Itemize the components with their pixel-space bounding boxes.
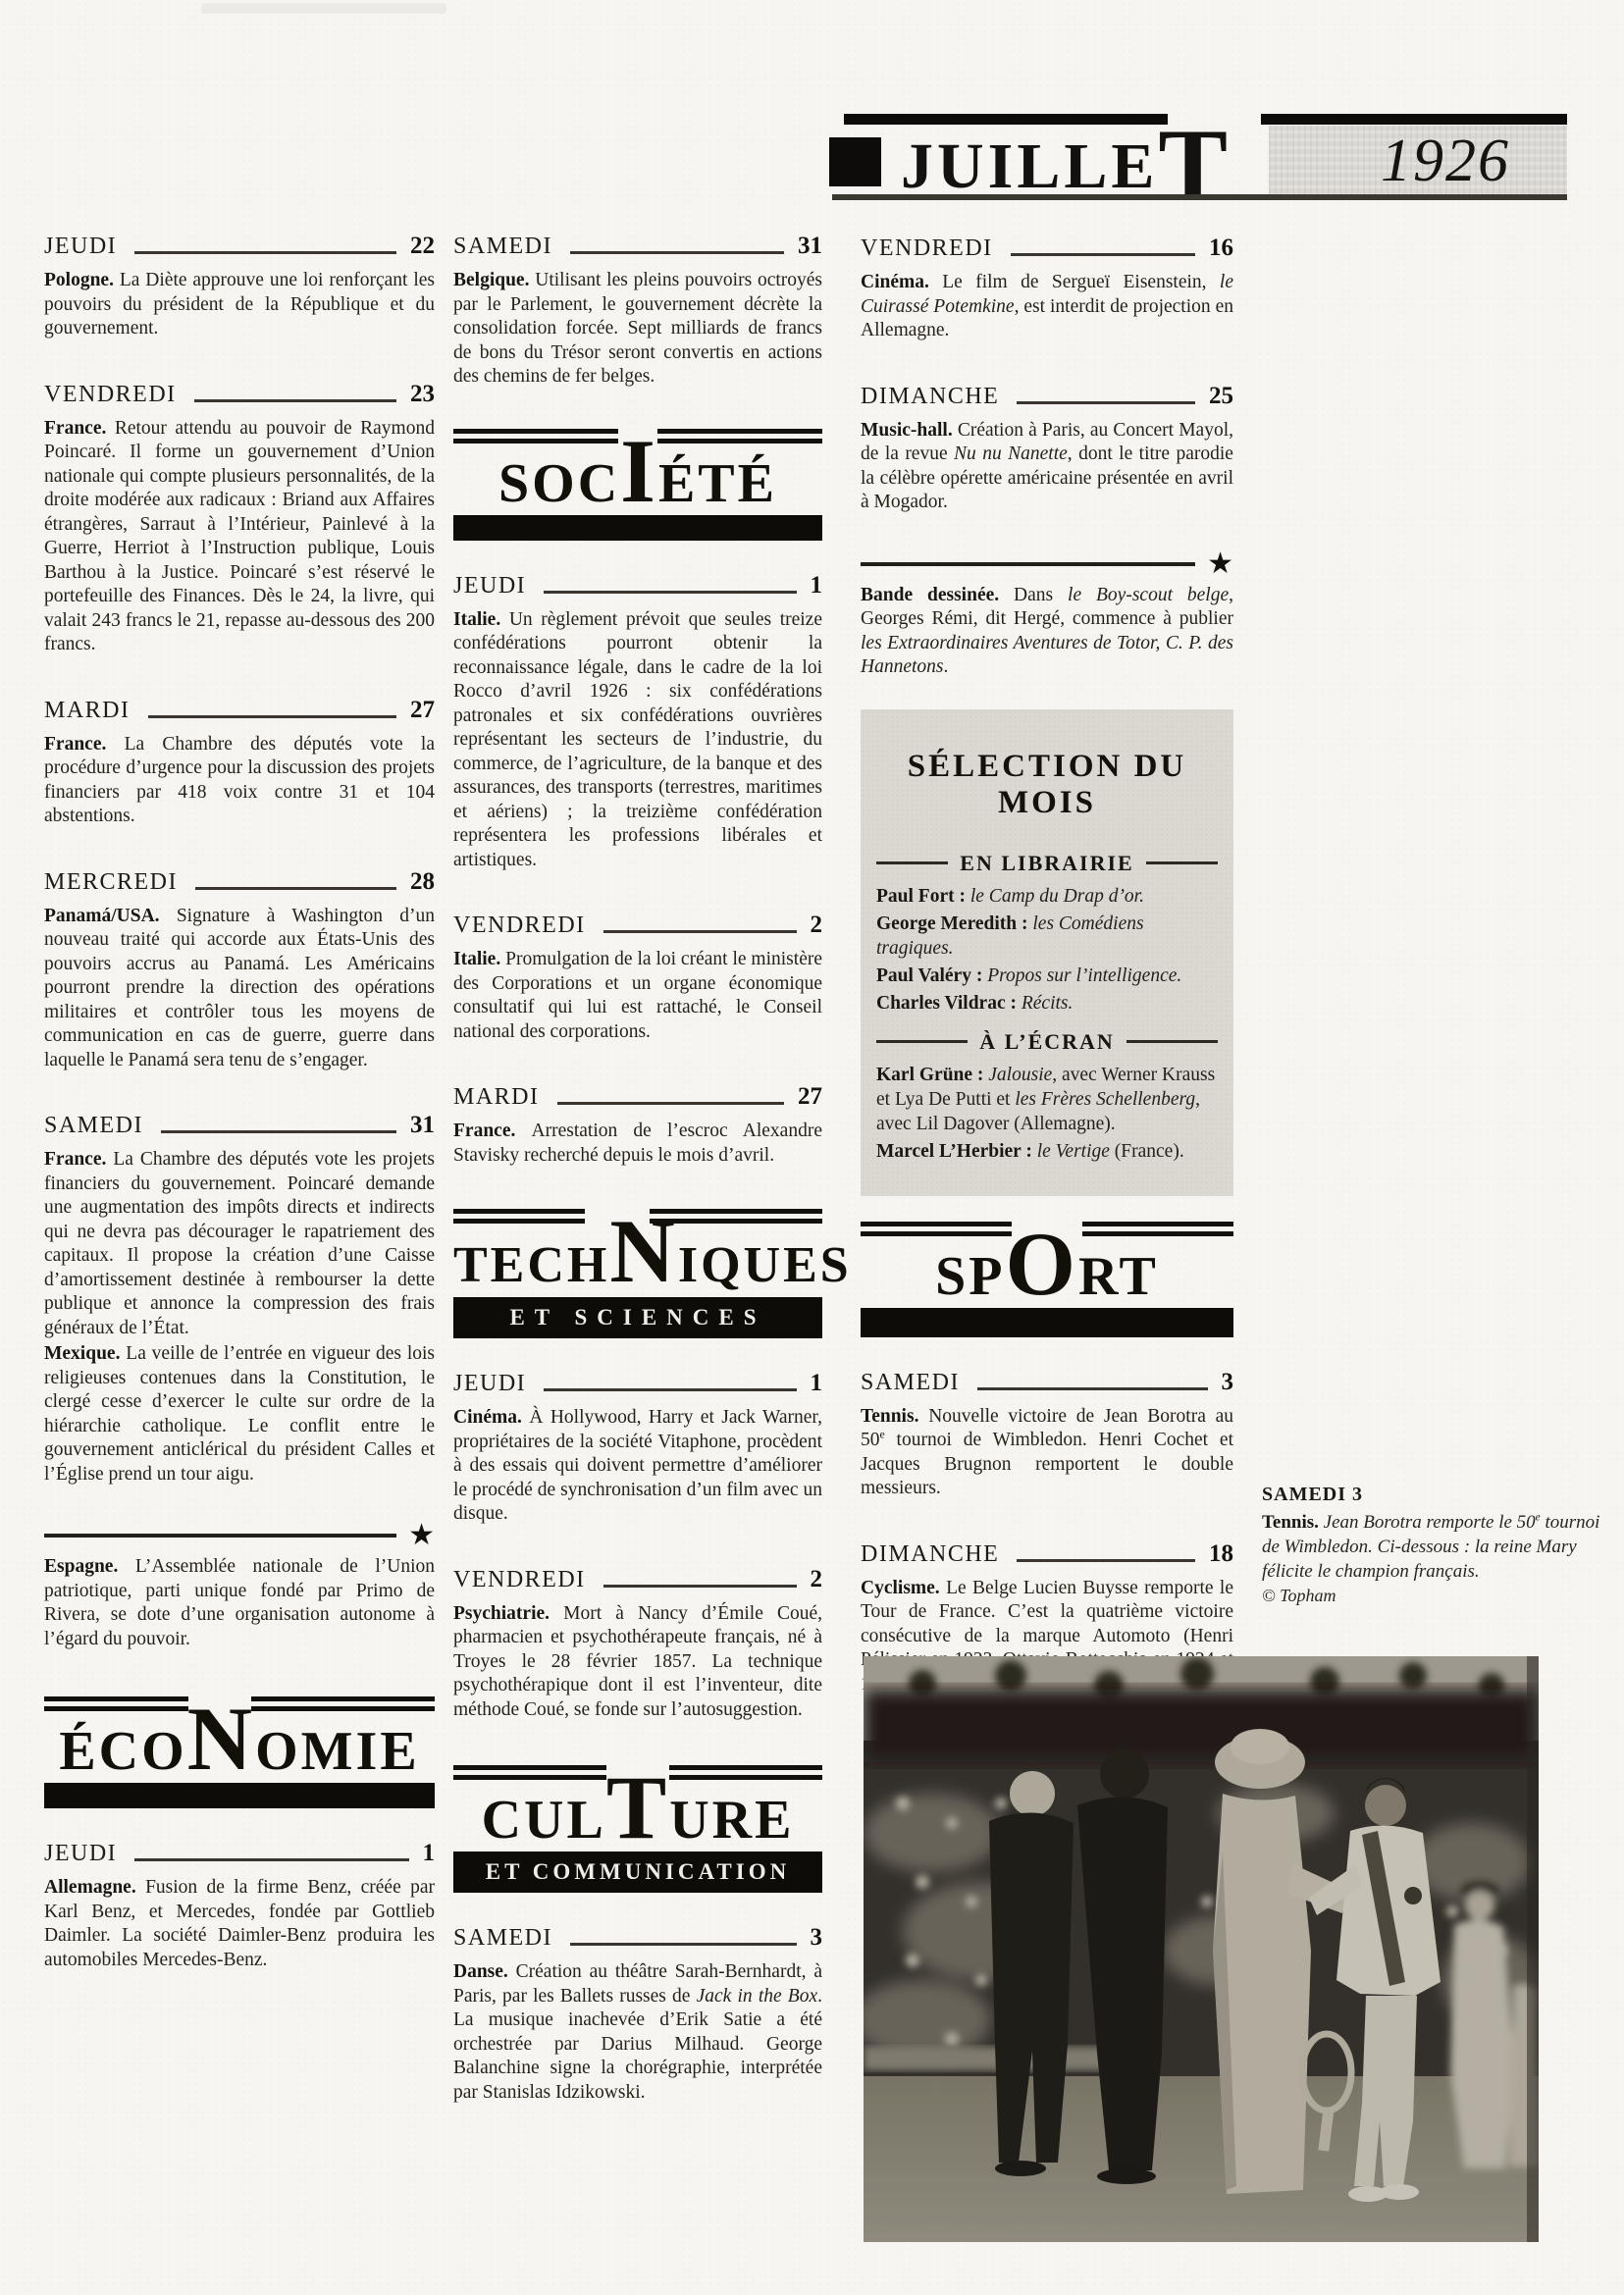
entry-mercredi-28: MERCREDI 28 Panamá/USA. Signature à Wash… xyxy=(44,868,435,1073)
text-run: Psychiatrie. xyxy=(453,1603,563,1624)
day-number: 27 xyxy=(798,1083,822,1111)
selection-item: Karl Grüne : Jalousie, avec Werner Kraus… xyxy=(876,1063,1218,1136)
date-rule xyxy=(148,715,396,718)
section-subtitle: ET COMMUNICATION xyxy=(486,1859,790,1885)
text-run: France. xyxy=(453,1121,532,1141)
double-rule xyxy=(453,1765,822,1780)
text-run: le Vertige xyxy=(1037,1141,1110,1162)
group-rule xyxy=(876,861,948,864)
text-run: Signature à Washington d’un nouveau trai… xyxy=(44,906,435,1070)
day-number: 31 xyxy=(798,233,822,260)
entry-paragraph: Mexique. La veille de l’entrée en vigueu… xyxy=(44,1342,435,1487)
entry-vendredi-23: VENDREDI 23 France. Retour attendu au po… xyxy=(44,381,435,657)
entry-dateline: DIMANCHE 25 xyxy=(861,383,1233,410)
text-run: les Extraordinaires Aventures de Totor, … xyxy=(861,633,1233,678)
date-rule xyxy=(544,1388,796,1391)
star-divider: ★ xyxy=(44,1526,435,1545)
entry-dateline: SAMEDI 31 xyxy=(453,233,822,260)
day-label: VENDREDI xyxy=(453,1567,586,1593)
text-run: La Chambre des députés vote les projets … xyxy=(44,1149,435,1338)
photo-caption: SAMEDI 3 Tennis. Jean Borotra remporte l… xyxy=(1262,1484,1600,1606)
text-run: Jack in the Box xyxy=(697,1986,818,2007)
selection-du-mois-panel: SÉLECTION DU MOIS EN LIBRAIRIE Paul Fort… xyxy=(861,709,1233,1196)
masthead-rule-right xyxy=(1261,114,1567,125)
text-run: George Meredith : xyxy=(876,913,1032,934)
day-label: VENDREDI xyxy=(44,382,177,408)
selection-item: Paul Valéry : Propos sur l’intelligence. xyxy=(876,964,1218,988)
day-number: 18 xyxy=(1209,1540,1233,1568)
text-run: Danse. xyxy=(453,1961,516,1982)
text-run: Nu nu Nanette xyxy=(954,443,1068,464)
double-rule xyxy=(861,1222,1233,1236)
text-run: Tennis. xyxy=(1262,1512,1324,1533)
text-run: Pologne. xyxy=(44,270,120,290)
text-run: France. xyxy=(44,734,125,755)
day-label: DIMANCHE xyxy=(861,1541,999,1568)
text-run: Jean Borotra remporte le 50 xyxy=(1324,1512,1536,1533)
section-title-pre: ÉCO xyxy=(59,1721,186,1782)
selection-group-librairie: EN LIBRAIRIE xyxy=(876,851,1218,876)
day-label: MERCREDI xyxy=(44,869,178,896)
day-label: VENDREDI xyxy=(453,913,586,939)
text-run: Espagne. xyxy=(44,1556,135,1577)
day-label: VENDREDI xyxy=(861,235,993,262)
date-rule xyxy=(544,591,796,594)
day-number: 1 xyxy=(811,572,823,600)
entry-paragraph: France. La Chambre des députés vote la p… xyxy=(44,733,435,829)
section-title: CULTURE xyxy=(453,1779,822,1849)
section-title-post: ÉTÉ xyxy=(658,453,777,514)
text-run: Dans xyxy=(1014,585,1068,605)
entry-paragraph: Belgique. Utilisant les pleins pouvoirs … xyxy=(453,269,822,390)
group-rule xyxy=(1126,1040,1218,1043)
year-text: 1926 xyxy=(1381,127,1510,196)
day-label: SAMEDI xyxy=(453,1925,552,1952)
entry-paragraph: Bande dessinée. Dans le Boy-scout belge,… xyxy=(861,584,1233,680)
entry-samedi-3-tennis: SAMEDI 3 Tennis. Nouvelle victoire de Je… xyxy=(861,1369,1233,1501)
date-rule xyxy=(570,1943,796,1946)
text-run: Propos sur l’intelligence. xyxy=(987,965,1181,986)
entry-paragraph: Espagne. L’Assemblée nationale de l’Unio… xyxy=(44,1555,435,1651)
section-title-pre: CUL xyxy=(482,1790,606,1851)
entry-vendredi-2-psychiatrie: VENDREDI 2 Psychiatrie. Mort à Nancy d’É… xyxy=(453,1566,822,1723)
caption-credit: © Topham xyxy=(1262,1586,1600,1606)
section-title: TECHNIQUES xyxy=(453,1223,822,1294)
entry-paragraph: Danse. Création au théâtre Sarah-Bernhar… xyxy=(453,1960,822,2105)
text-run: Mexique. xyxy=(44,1343,126,1364)
entry-dateline: JEUDI 22 xyxy=(44,233,435,260)
section-header-techniques: TECHNIQUES ET SCIENCES xyxy=(453,1209,822,1338)
day-number: 22 xyxy=(410,233,435,260)
section-title-pre: SOC xyxy=(498,453,620,514)
star-icon: ★ xyxy=(1207,554,1233,574)
group-heading: EN LIBRAIRIE xyxy=(960,851,1133,876)
caption-text: Tennis. Jean Borotra remporte le 50e tou… xyxy=(1262,1510,1600,1584)
section-title-post: RT xyxy=(1078,1246,1159,1307)
entry-paragraph: Cinéma. À Hollywood, Harry et Jack Warne… xyxy=(453,1406,822,1527)
text-run: Bande dessinée. xyxy=(861,585,1014,605)
text-run: Paul Valéry : xyxy=(876,965,987,986)
entry-paragraph: France. Arrestation de l’escroc Alexandr… xyxy=(453,1120,822,1168)
text-run: Belgique. xyxy=(453,270,535,290)
entry-paragraph: Italie. Un règlement prévoit que seules … xyxy=(453,608,822,873)
day-number: 3 xyxy=(811,1924,823,1952)
date-rule xyxy=(1011,253,1195,256)
text-run: Cinéma. xyxy=(861,272,942,292)
section-title: ÉCONOMIE xyxy=(44,1710,435,1780)
wimbledon-photo xyxy=(864,1656,1539,2242)
text-run: le Boy-scout belge xyxy=(1068,585,1229,605)
date-rule xyxy=(977,1387,1207,1390)
text-run: les Frères Schellenberg xyxy=(1015,1089,1195,1110)
entry-dateline: VENDREDI 2 xyxy=(453,912,822,939)
selection-title: SÉLECTION DU MOIS xyxy=(876,749,1218,821)
entry-paragraph: Tennis. Nouvelle victoire de Jean Borotr… xyxy=(861,1405,1233,1501)
day-number: 16 xyxy=(1209,235,1233,262)
section-bar: ET SCIENCES xyxy=(453,1297,822,1338)
section-title: SPORT xyxy=(861,1235,1233,1305)
day-number: 2 xyxy=(811,1566,823,1593)
star-note-espagne: ★ Espagne. L’Assemblée nationale de l’Un… xyxy=(44,1526,435,1651)
text-run: Italie. xyxy=(453,609,509,630)
text-run: tournoi de Wimbledon. Henri Cochet et Ja… xyxy=(861,1430,1233,1498)
text-run: Retour attendu au pouvoir de Raymond Poi… xyxy=(44,418,435,655)
entry-dateline: MERCREDI 28 xyxy=(44,868,435,896)
star-note-herge: ★ Bande dessinée. Dans le Boy-scout belg… xyxy=(861,554,1233,680)
date-rule xyxy=(194,399,396,402)
date-rule xyxy=(1017,1559,1195,1562)
date-rule xyxy=(603,930,797,933)
entry-jeudi-1-cinema: JEUDI 1 Cinéma. À Hollywood, Harry et Ja… xyxy=(453,1370,822,1527)
section-title-pre: TECH xyxy=(453,1237,609,1293)
entry-samedi-31: SAMEDI 31 France. La Chambre des députés… xyxy=(44,1112,435,1487)
column-societe-techniques-culture: SAMEDI 31 Belgique. Utilisant les pleins… xyxy=(453,0,822,2144)
entry-dateline: MARDI 27 xyxy=(44,697,435,724)
day-label: JEUDI xyxy=(44,1841,117,1867)
entry-paragraph: France. La Chambre des députés vote les … xyxy=(44,1148,435,1340)
section-header-sport: SPORT xyxy=(861,1222,1233,1337)
divider-rule xyxy=(44,1534,396,1538)
column-selection-sport: VENDREDI 16 Cinéma. Le film de Sergueï E… xyxy=(861,0,1233,1736)
group-heading: À L’ÉCRAN xyxy=(979,1029,1115,1055)
date-rule xyxy=(195,887,396,890)
day-label: DIMANCHE xyxy=(861,384,999,410)
day-number: 28 xyxy=(410,868,435,896)
caption-date: SAMEDI 3 xyxy=(1262,1484,1600,1506)
date-rule xyxy=(161,1130,396,1133)
text-run: Cinéma. xyxy=(453,1407,529,1428)
day-number: 1 xyxy=(423,1840,436,1867)
date-rule xyxy=(134,251,396,254)
section-title-post: IQUES xyxy=(678,1237,852,1293)
entry-mardi-27-stavisky: MARDI 27 France. Arrestation de l’escroc… xyxy=(453,1083,822,1168)
day-label: JEUDI xyxy=(44,234,117,260)
text-run: Allemagne. xyxy=(44,1877,145,1898)
section-header-culture: CULTURE ET COMMUNICATION xyxy=(453,1765,822,1893)
divider-rule xyxy=(861,562,1195,566)
date-rule xyxy=(603,1585,797,1588)
selection-item: George Meredith : les Comédiens tragique… xyxy=(876,912,1218,961)
section-title: SOCIÉTÉ xyxy=(453,443,822,512)
entry-paragraph: Pologne. La Diète approuve une loi renfo… xyxy=(44,269,435,341)
text-run: . xyxy=(944,656,949,677)
text-run: Le film de Sergueï Eisenstein, xyxy=(942,272,1220,292)
day-label: MARDI xyxy=(44,698,131,724)
entry-dateline: MARDI 27 xyxy=(453,1083,822,1111)
day-label: SAMEDI xyxy=(453,234,552,260)
entry-vendredi-2-italie: VENDREDI 2 Italie. Promulgation de la lo… xyxy=(453,912,822,1044)
text-run: (France). xyxy=(1110,1141,1184,1162)
entry-jeudi-1-italie: JEUDI 1 Italie. Un règlement prévoit que… xyxy=(453,572,822,873)
double-rule xyxy=(44,1696,435,1711)
day-number: 2 xyxy=(811,912,823,939)
text-run: Tennis. xyxy=(861,1406,928,1427)
entry-paragraph: Panamá/USA. Signature à Washington d’un … xyxy=(44,905,435,1073)
text-run: France. xyxy=(44,1149,113,1170)
day-label: SAMEDI xyxy=(44,1113,143,1139)
text-run: La veille de l’entrée en vigueur des loi… xyxy=(44,1343,435,1485)
section-title-post: OMIE xyxy=(255,1721,420,1782)
entry-dateline: JEUDI 1 xyxy=(44,1840,435,1867)
entry-dateline: JEUDI 1 xyxy=(453,572,822,600)
text-run: Cyclisme. xyxy=(861,1578,946,1598)
text-run: Récits. xyxy=(1022,993,1074,1014)
day-number: 27 xyxy=(410,697,435,724)
entry-samedi-3-danse: SAMEDI 3 Danse. Création au théâtre Sara… xyxy=(453,1924,822,2105)
selection-item: Paul Fort : le Camp du Drap d’or. xyxy=(876,884,1218,909)
text-run: Marcel L’Herbier : xyxy=(876,1141,1037,1162)
entry-paragraph: Psychiatrie. Mort à Nancy d’Émile Coué, … xyxy=(453,1602,822,1723)
group-rule xyxy=(876,1040,968,1043)
entry-dateline: VENDREDI 2 xyxy=(453,1566,822,1593)
text-run: Karl Grüne : xyxy=(876,1065,988,1085)
day-label: SAMEDI xyxy=(861,1370,960,1396)
section-subtitle: ET SCIENCES xyxy=(509,1305,765,1330)
group-rule xyxy=(1146,861,1218,864)
entry-samedi-31-belgique: SAMEDI 31 Belgique. Utilisant les pleins… xyxy=(453,233,822,390)
text-run: Panamá/USA. xyxy=(44,906,177,926)
day-number: 23 xyxy=(410,381,435,408)
selection-group-ecran: À L’ÉCRAN xyxy=(876,1029,1218,1055)
entry-dateline: SAMEDI 31 xyxy=(44,1112,435,1139)
entry-dateline: DIMANCHE 18 xyxy=(861,1540,1233,1568)
section-header-societe: SOCIÉTÉ xyxy=(453,429,822,541)
day-label: MARDI xyxy=(453,1084,540,1111)
entry-paragraph: Cinéma. Le film de Sergueï Eisenstein, l… xyxy=(861,271,1233,343)
entry-paragraph: Music-hall. Création à Paris, au Concert… xyxy=(861,419,1233,515)
double-rule xyxy=(453,429,822,443)
almanac-page: JUILLET 1926 JEUDI 22 Pologne. La Diète … xyxy=(0,0,1624,2295)
day-label: JEUDI xyxy=(453,573,526,600)
day-label: JEUDI xyxy=(453,1371,526,1397)
entry-paragraph: France. Retour attendu au pouvoir de Ray… xyxy=(44,417,435,657)
entry-dateline: SAMEDI 3 xyxy=(453,1924,822,1952)
section-title-post: URE xyxy=(669,1790,794,1851)
section-bar: ET COMMUNICATION xyxy=(453,1852,822,1893)
entry-mardi-27: MARDI 27 France. La Chambre des députés … xyxy=(44,697,435,829)
entry-dateline: SAMEDI 3 xyxy=(861,1369,1233,1396)
text-run: Jalousie xyxy=(988,1065,1052,1085)
column-politics: JEUDI 22 Pologne. La Diète approuve une … xyxy=(44,0,435,2011)
text-run: le Camp du Drap d’or. xyxy=(970,886,1144,907)
entry-dateline: JEUDI 1 xyxy=(453,1370,822,1397)
text-run: Un règlement prévoit que seules treize c… xyxy=(453,609,822,870)
date-rule xyxy=(1017,401,1195,404)
day-number: 31 xyxy=(410,1112,435,1139)
selection-item: Marcel L’Herbier : le Vertige (France). xyxy=(876,1139,1218,1164)
photo-grain xyxy=(864,1656,1539,2242)
entry-jeudi-22: JEUDI 22 Pologne. La Diète approuve une … xyxy=(44,233,435,341)
selection-item: Charles Vildrac : Récits. xyxy=(876,991,1218,1016)
star-divider: ★ xyxy=(861,554,1233,574)
entry-dateline: VENDREDI 23 xyxy=(44,381,435,408)
date-rule xyxy=(134,1858,408,1861)
text-run: Paul Fort : xyxy=(876,886,970,907)
text-run: France. xyxy=(44,418,115,439)
entry-paragraph: Allemagne. Fusion de la firme Benz, créé… xyxy=(44,1876,435,1972)
section-header-economie: ÉCONOMIE xyxy=(44,1696,435,1808)
entry-dimanche-25-musichall: DIMANCHE 25 Music-hall. Création à Paris… xyxy=(861,383,1233,515)
entry-jeudi-1-economie: JEUDI 1 Allemagne. Fusion de la firme Be… xyxy=(44,1840,435,1972)
section-title-pre: SP xyxy=(935,1246,1005,1307)
day-number: 3 xyxy=(1222,1369,1234,1396)
star-icon: ★ xyxy=(408,1526,435,1545)
day-number: 25 xyxy=(1209,383,1233,410)
double-rule xyxy=(453,1209,822,1224)
year-badge: 1926 xyxy=(1269,126,1567,196)
entry-dateline: VENDREDI 16 xyxy=(861,235,1233,262)
entry-paragraph: Italie. Promulgation de la loi créant le… xyxy=(453,948,822,1044)
day-number: 1 xyxy=(811,1370,823,1397)
text-run: Music-hall. xyxy=(861,420,958,441)
date-rule xyxy=(570,251,784,254)
date-rule xyxy=(557,1102,784,1105)
text-run: Promulgation de la loi créant le ministè… xyxy=(453,949,822,1042)
entry-vendredi-16-cinema: VENDREDI 16 Cinéma. Le film de Sergueï E… xyxy=(861,235,1233,343)
text-run: Charles Vildrac : xyxy=(876,993,1022,1014)
text-run: Italie. xyxy=(453,949,505,969)
